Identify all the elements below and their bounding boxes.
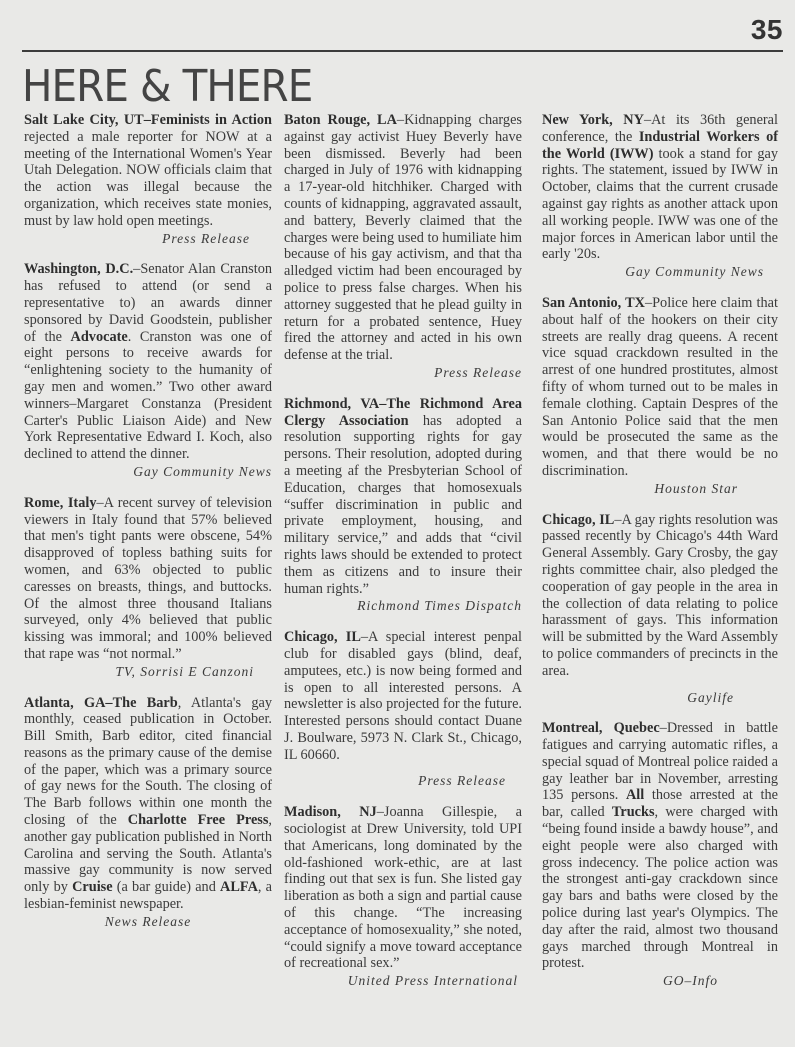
news-item-richmond: Richmond, VA–The Richmond Area Clergy As… — [284, 396, 522, 615]
item-body: A special interest penpal club for disab… — [284, 629, 522, 763]
publication-name: ALFA — [220, 879, 258, 895]
dateline: San Antonio, TX — [542, 295, 645, 311]
news-item-montreal: Montreal, Quebec–Dressed in battle fatig… — [542, 720, 778, 990]
item-body: has adopted a resolution supporting righ… — [284, 413, 522, 597]
item-source: News Release — [24, 914, 272, 931]
lead-bold: The Barb — [113, 695, 178, 711]
item-source: Press Release — [24, 231, 250, 248]
item-body: , Atlanta's gay monthly, ceased publicat… — [24, 695, 272, 829]
column-3: New York, NY–At its 36th general confere… — [542, 112, 778, 1004]
dateline: Washington, D.C. — [24, 261, 133, 277]
dateline: Richmond, VA — [284, 396, 379, 412]
item-source: United Press International — [284, 973, 518, 990]
item-body: Joanna Gillespie, a sociologist at Drew … — [284, 804, 522, 971]
news-item-atlanta: Atlanta, GA–The Barb, Atlanta's gay mont… — [24, 695, 272, 931]
dateline: Baton Rouge, LA — [284, 112, 397, 128]
item-source: GO–Info — [542, 973, 718, 990]
column-1: Salt Lake City, UT–Feminists in Action r… — [24, 112, 272, 945]
news-item-chicago-ward: Chicago, IL–A gay rights resolution was … — [542, 512, 778, 707]
publication-name: Cruise — [72, 879, 113, 895]
news-item-madison: Madison, NJ–Joanna Gillespie, a sociolog… — [284, 804, 522, 990]
lead-bold: Feminists in Action — [151, 112, 272, 128]
item-source: Gay Community News — [24, 464, 272, 481]
bar-name: Trucks — [612, 804, 655, 820]
item-source: Houston Star — [542, 481, 738, 498]
item-body: A recent survey of television viewers in… — [24, 495, 272, 662]
item-body: rejected a male reporter for NOW at a me… — [24, 129, 272, 229]
dateline: New York, NY — [542, 112, 644, 128]
item-source: Press Release — [284, 773, 506, 790]
dateline: Atlanta, GA — [24, 695, 105, 711]
header-rule — [22, 50, 783, 52]
dateline: Salt Lake City, UT — [24, 112, 144, 128]
dateline: Madison, NJ — [284, 804, 377, 820]
dateline: Chicago, IL — [542, 512, 614, 528]
news-item-new-york: New York, NY–At its 36th general confere… — [542, 112, 778, 281]
page-number: 35 — [751, 14, 783, 46]
news-item-san-antonio: San Antonio, TX–Police here claim that a… — [542, 295, 778, 498]
news-item-washington: Washington, D.C.–Senator Alan Cranston h… — [24, 261, 272, 480]
news-item-rome: Rome, Italy–A recent survey of televisio… — [24, 495, 272, 681]
news-item-baton-rouge: Baton Rouge, LA–Kidnapping charges again… — [284, 112, 522, 382]
dateline: Chicago, IL — [284, 629, 361, 645]
item-source: Gaylife — [542, 690, 734, 707]
item-source: Press Release — [284, 365, 522, 382]
item-source: Gay Community News — [542, 264, 764, 281]
dateline: Montreal, Quebec — [542, 720, 660, 736]
item-body: Police here claim that about half of the… — [542, 295, 778, 479]
item-body: Kidnapping charges against gay activist … — [284, 112, 522, 363]
item-source: TV, Sorrisi E Canzoni — [24, 664, 254, 681]
news-item-chicago-penpal: Chicago, IL–A special interest penpal cl… — [284, 629, 522, 790]
section-title: HERE & THERE — [22, 60, 312, 114]
item-source: Richmond Times Dispatch — [284, 598, 522, 615]
item-body: A gay rights resolution was passed recen… — [542, 512, 778, 679]
dateline: Rome, Italy — [24, 495, 96, 511]
publication-name: Advocate — [71, 329, 128, 345]
column-2: Baton Rouge, LA–Kidnapping charges again… — [284, 112, 522, 1004]
news-item-salt-lake-city: Salt Lake City, UT–Feminists in Action r… — [24, 112, 272, 247]
publication-name: Charlotte Free Press — [128, 812, 269, 828]
